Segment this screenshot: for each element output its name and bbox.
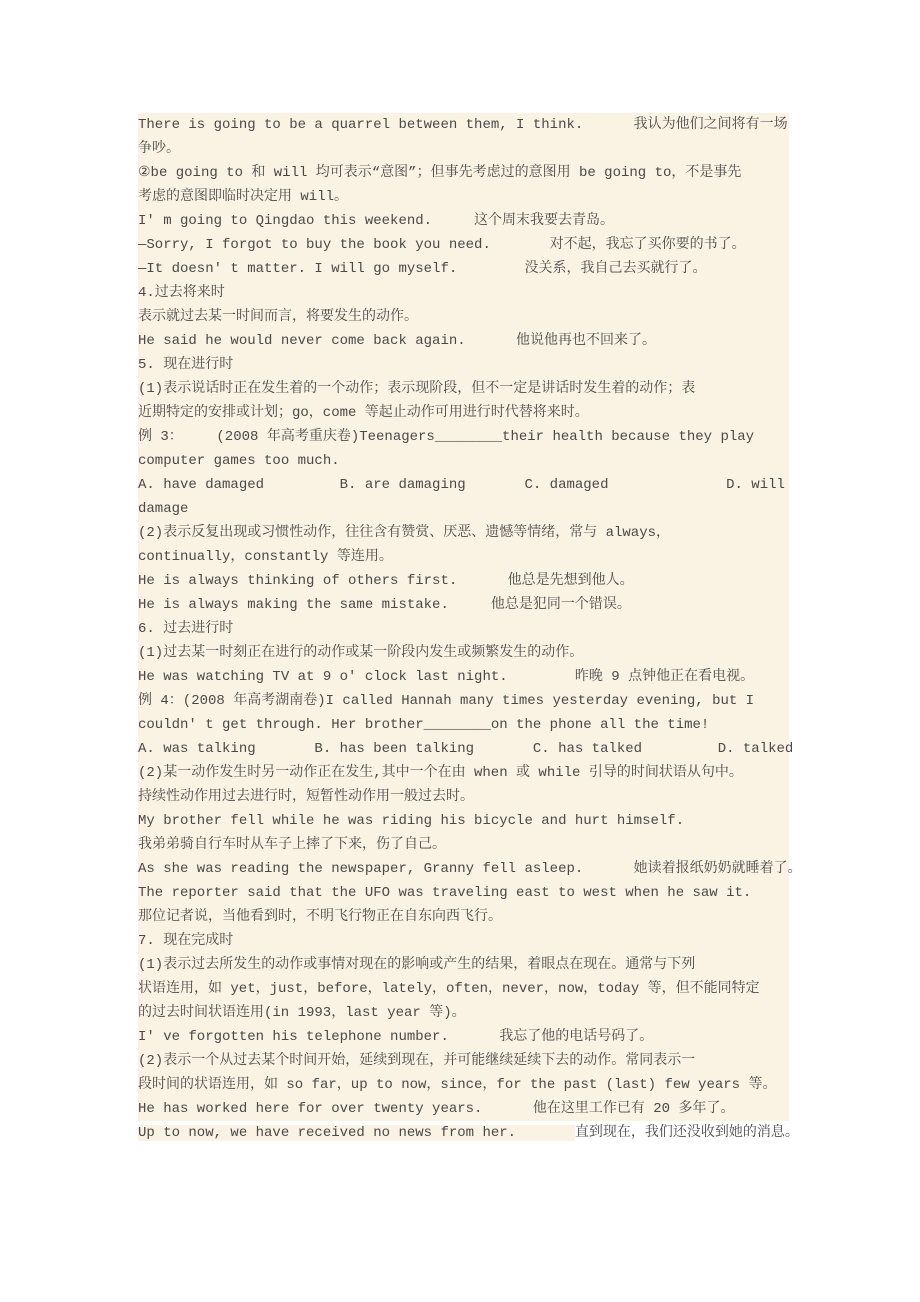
text-line: continually，constantly 等连用。 bbox=[138, 545, 789, 569]
text-line: 例 3： (2008 年高考重庆卷)Teenagers________their… bbox=[138, 425, 789, 449]
text-line: damage bbox=[138, 497, 789, 521]
text-line: 考虑的意图即临时决定用 will。 bbox=[138, 185, 789, 209]
text-line: My brother fell while he was riding his … bbox=[138, 809, 789, 833]
text-line: 表示就过去某一时间而言，将要发生的动作。 bbox=[138, 305, 789, 329]
text-line: 状语连用，如 yet，just，before，lately，often，neve… bbox=[138, 977, 789, 1001]
text-line: He was watching TV at 9 o' clock last ni… bbox=[138, 665, 789, 689]
text-line: He has worked here for over twenty years… bbox=[138, 1097, 789, 1121]
text-line: (2)表示反复出现或习惯性动作，往往含有赞赏、厌恶、遗憾等情绪，常与 alway… bbox=[138, 521, 789, 545]
text-line: I' ve forgotten his telephone number. 我忘… bbox=[138, 1025, 789, 1049]
text-line: A. was talking B. has been talking C. ha… bbox=[138, 737, 789, 761]
text-line: I' m going to Qingdao this weekend. 这个周末… bbox=[138, 209, 789, 233]
highlighted-run: Up to now, we have received no news from… bbox=[138, 1125, 575, 1141]
plain-run: 直到现在，我们还没收到她的消息。 bbox=[575, 1125, 799, 1141]
text-line: 那位记者说，当他看到时，不明飞行物正在自东向西飞行。 bbox=[138, 905, 789, 929]
text-line: He is always thinking of others first. 他… bbox=[138, 569, 789, 593]
text-line: 近期特定的安排或计划；go，come 等起止动作可用进行时代替将来时。 bbox=[138, 401, 789, 425]
text-line: Up to now, we have received no news from… bbox=[138, 1121, 789, 1145]
text-line: 7. 现在完成时 bbox=[138, 929, 789, 953]
text-line: —Sorry, I forgot to buy the book you nee… bbox=[138, 233, 789, 257]
text-line: He said he would never come back again. … bbox=[138, 329, 789, 353]
text-line: He is always making the same mistake. 他总… bbox=[138, 593, 789, 617]
text-line: The reporter said that the UFO was trave… bbox=[138, 881, 789, 905]
text-line: 段时间的状语连用，如 so far，up to now，since，for th… bbox=[138, 1073, 789, 1097]
text-line: —It doesn' t matter. I will go myself. 没… bbox=[138, 257, 789, 281]
text-line: 争吵。 bbox=[138, 137, 789, 161]
document-page: There is going to be a quarrel between t… bbox=[0, 0, 920, 1302]
text-line: 的过去时间状语连用(in 1993，last year 等)。 bbox=[138, 1001, 789, 1025]
text-line: (1)表示说话时正在发生着的一个动作；表示现阶段，但不一定是讲话时发生着的动作；… bbox=[138, 377, 789, 401]
text-line: There is going to be a quarrel between t… bbox=[138, 113, 789, 137]
text-line: (1)过去某一时刻正在进行的动作或某一阶段内发生或频繁发生的动作。 bbox=[138, 641, 789, 665]
text-line: 例 4：(2008 年高考湖南卷)I called Hannah many ti… bbox=[138, 689, 789, 713]
text-line: computer games too much. bbox=[138, 449, 789, 473]
text-line: A. have damaged B. are damaging C. damag… bbox=[138, 473, 789, 497]
text-line: (2)某一动作发生时另一动作正在发生,其中一个在由 when 或 while 引… bbox=[138, 761, 789, 785]
text-line: 持续性动作用过去进行时，短暂性动作用一般过去时。 bbox=[138, 785, 789, 809]
text-line: ②be going to 和 will 均可表示“意图”；但事先考虑过的意图用 … bbox=[138, 161, 789, 185]
text-line: (2)表示一个从过去某个时间开始，延续到现在，并可能继续延续下去的动作。常同表示… bbox=[138, 1049, 789, 1073]
text-line: 4.过去将来时 bbox=[138, 281, 789, 305]
text-line: As she was reading the newspaper, Granny… bbox=[138, 857, 789, 881]
text-line: (1)表示过去所发生的动作或事情对现在的影响或产生的结果，着眼点在现在。通常与下… bbox=[138, 953, 789, 977]
text-line: 5. 现在进行时 bbox=[138, 353, 789, 377]
text-line: 我弟弟骑自行车时从车子上摔了下来，伤了自己。 bbox=[138, 833, 789, 857]
text-line: couldn' t get through. Her brother______… bbox=[138, 713, 789, 737]
text-line: 6. 过去进行时 bbox=[138, 617, 789, 641]
document-text-block: There is going to be a quarrel between t… bbox=[138, 113, 789, 1145]
